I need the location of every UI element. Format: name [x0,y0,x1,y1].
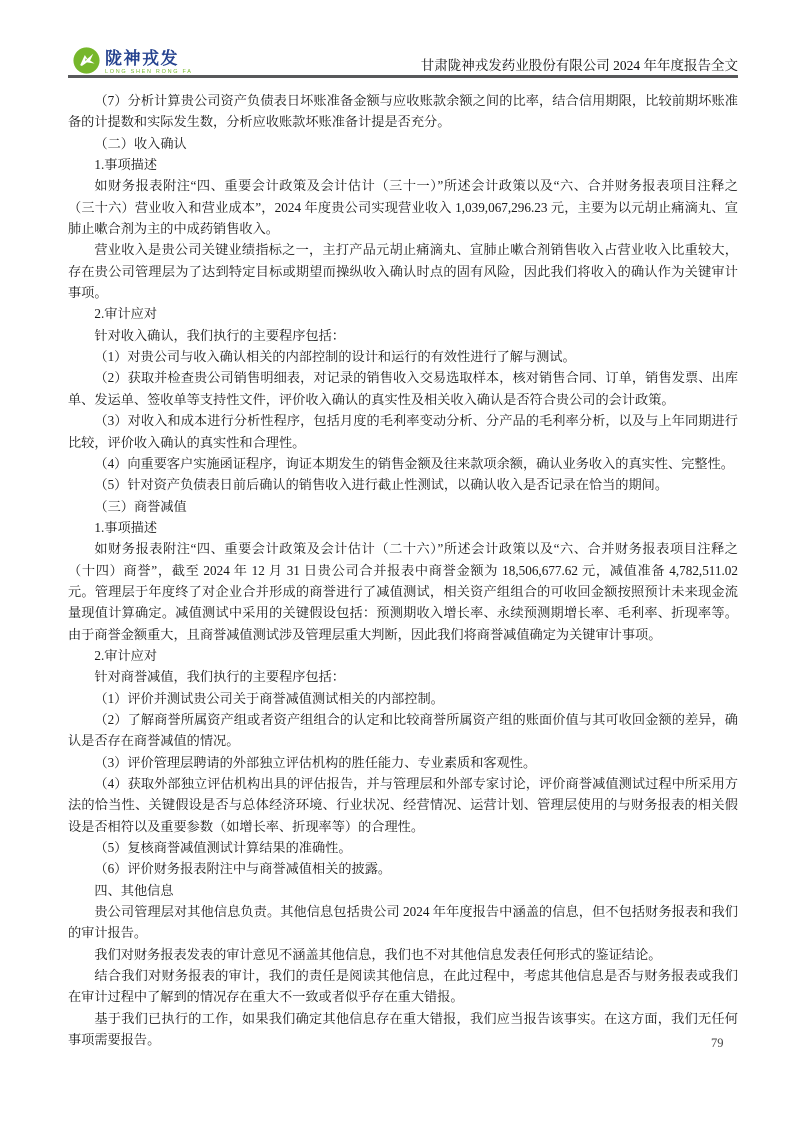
logo-text-column: 陇神戎发 LONG SHEN RONG FA [105,47,193,75]
paragraph: 2.审计应对 [68,645,738,666]
paragraph: 基于我们已执行的工作，如果我们确定其他信息存在重大错报，我们应当报告该事实。在这… [68,1008,738,1051]
page-header: 陇神戎发 LONG SHEN RONG FA 甘肃陇神戎发药业股份有限公司 20… [68,44,738,75]
paragraph: 我们对财务报表发表的审计意见不涵盖其他信息，我们也不对其他信息发表任何形式的鉴证… [68,944,738,965]
paragraph: 结合我们对财务报表的审计，我们的责任是阅读其他信息，在此过程中，考虑其他信息是否… [68,965,738,1008]
paragraph: （二）收入确认 [68,133,738,154]
paragraph: 1.事项描述 [68,517,738,538]
logo-cn-text: 陇神戎发 [105,50,193,67]
header-divider [68,75,738,78]
paragraph: （4）向重要客户实施函证程序，询证本期发生的销售金额及往来款项余额，确认业务收入… [68,453,738,474]
paragraph: 营业收入是贵公司关键业绩指标之一，主打产品元胡止痛滴丸、宣肺止嗽合剂销售收入占营… [68,239,738,303]
paragraph: 四、其他信息 [68,880,738,901]
paragraph: （1）评价并测试贵公司关于商誉减值测试相关的内部控制。 [68,688,738,709]
logo-bird-icon [73,47,100,74]
paragraph: 1.事项描述 [68,154,738,175]
paragraph: （三）商誉减值 [68,496,738,517]
paragraph: 贵公司管理层对其他信息负责。其他信息包括贵公司 2024 年年度报告中涵盖的信息… [68,901,738,944]
paragraph: （7）分析计算贵公司资产负债表日坏账准备金额与应收账款余额之间的比率，结合信用期… [68,90,738,133]
paragraph: （6）评价财务报表附注中与商誉减值相关的披露。 [68,858,738,879]
paragraph: 如财务报表附注“四、重要会计政策及会计估计（二十六）”所述会计政策以及“六、合并… [68,538,738,645]
paragraph: （3）评价管理层聘请的外部独立评估机构的胜任能力、专业素质和客观性。 [68,752,738,773]
paragraph: （2）获取并检查贵公司销售明细表，对记录的销售收入交易选取样本，核对销售合同、订… [68,367,738,410]
paragraph: （3）对收入和成本进行分析性程序，包括月度的毛利率变动分析、分产品的毛利率分析，… [68,410,738,453]
paragraph: （4）获取外部独立评估机构出具的评估报告，并与管理层和外部专家讨论，评价商誉减值… [68,773,738,837]
paragraph: （1）对贵公司与收入确认相关的内部控制的设计和运行的有效性进行了解与测试。 [68,346,738,367]
paragraph: （2）了解商誉所属资产组或者资产组组合的认定和比较商誉所属资产组的账面价值与其可… [68,709,738,752]
paragraph: （5）针对资产负债表日前后确认的销售收入进行截止性测试，以确认收入是否记录在恰当… [68,474,738,495]
paragraph: 针对收入确认，我们执行的主要程序包括： [68,325,738,346]
paragraph: 如财务报表附注“四、重要会计政策及会计估计（三十一）”所述会计政策以及“六、合并… [68,175,738,239]
company-logo: 陇神戎发 LONG SHEN RONG FA [73,47,193,75]
page-number: 79 [711,1036,724,1051]
report-title: 甘肃陇神戎发药业股份有限公司 2024 年年度报告全文 [421,54,738,74]
document-body: （7）分析计算贵公司资产负债表日坏账准备金额与应收账款余额之间的比率，结合信用期… [68,90,738,1050]
paragraph: 2.审计应对 [68,303,738,324]
paragraph: 针对商誉减值，我们执行的主要程序包括： [68,666,738,687]
report-page: 陇神戎发 LONG SHEN RONG FA 甘肃陇神戎发药业股份有限公司 20… [0,0,793,1122]
paragraph: （5）复核商誉减值测试计算结果的准确性。 [68,837,738,858]
